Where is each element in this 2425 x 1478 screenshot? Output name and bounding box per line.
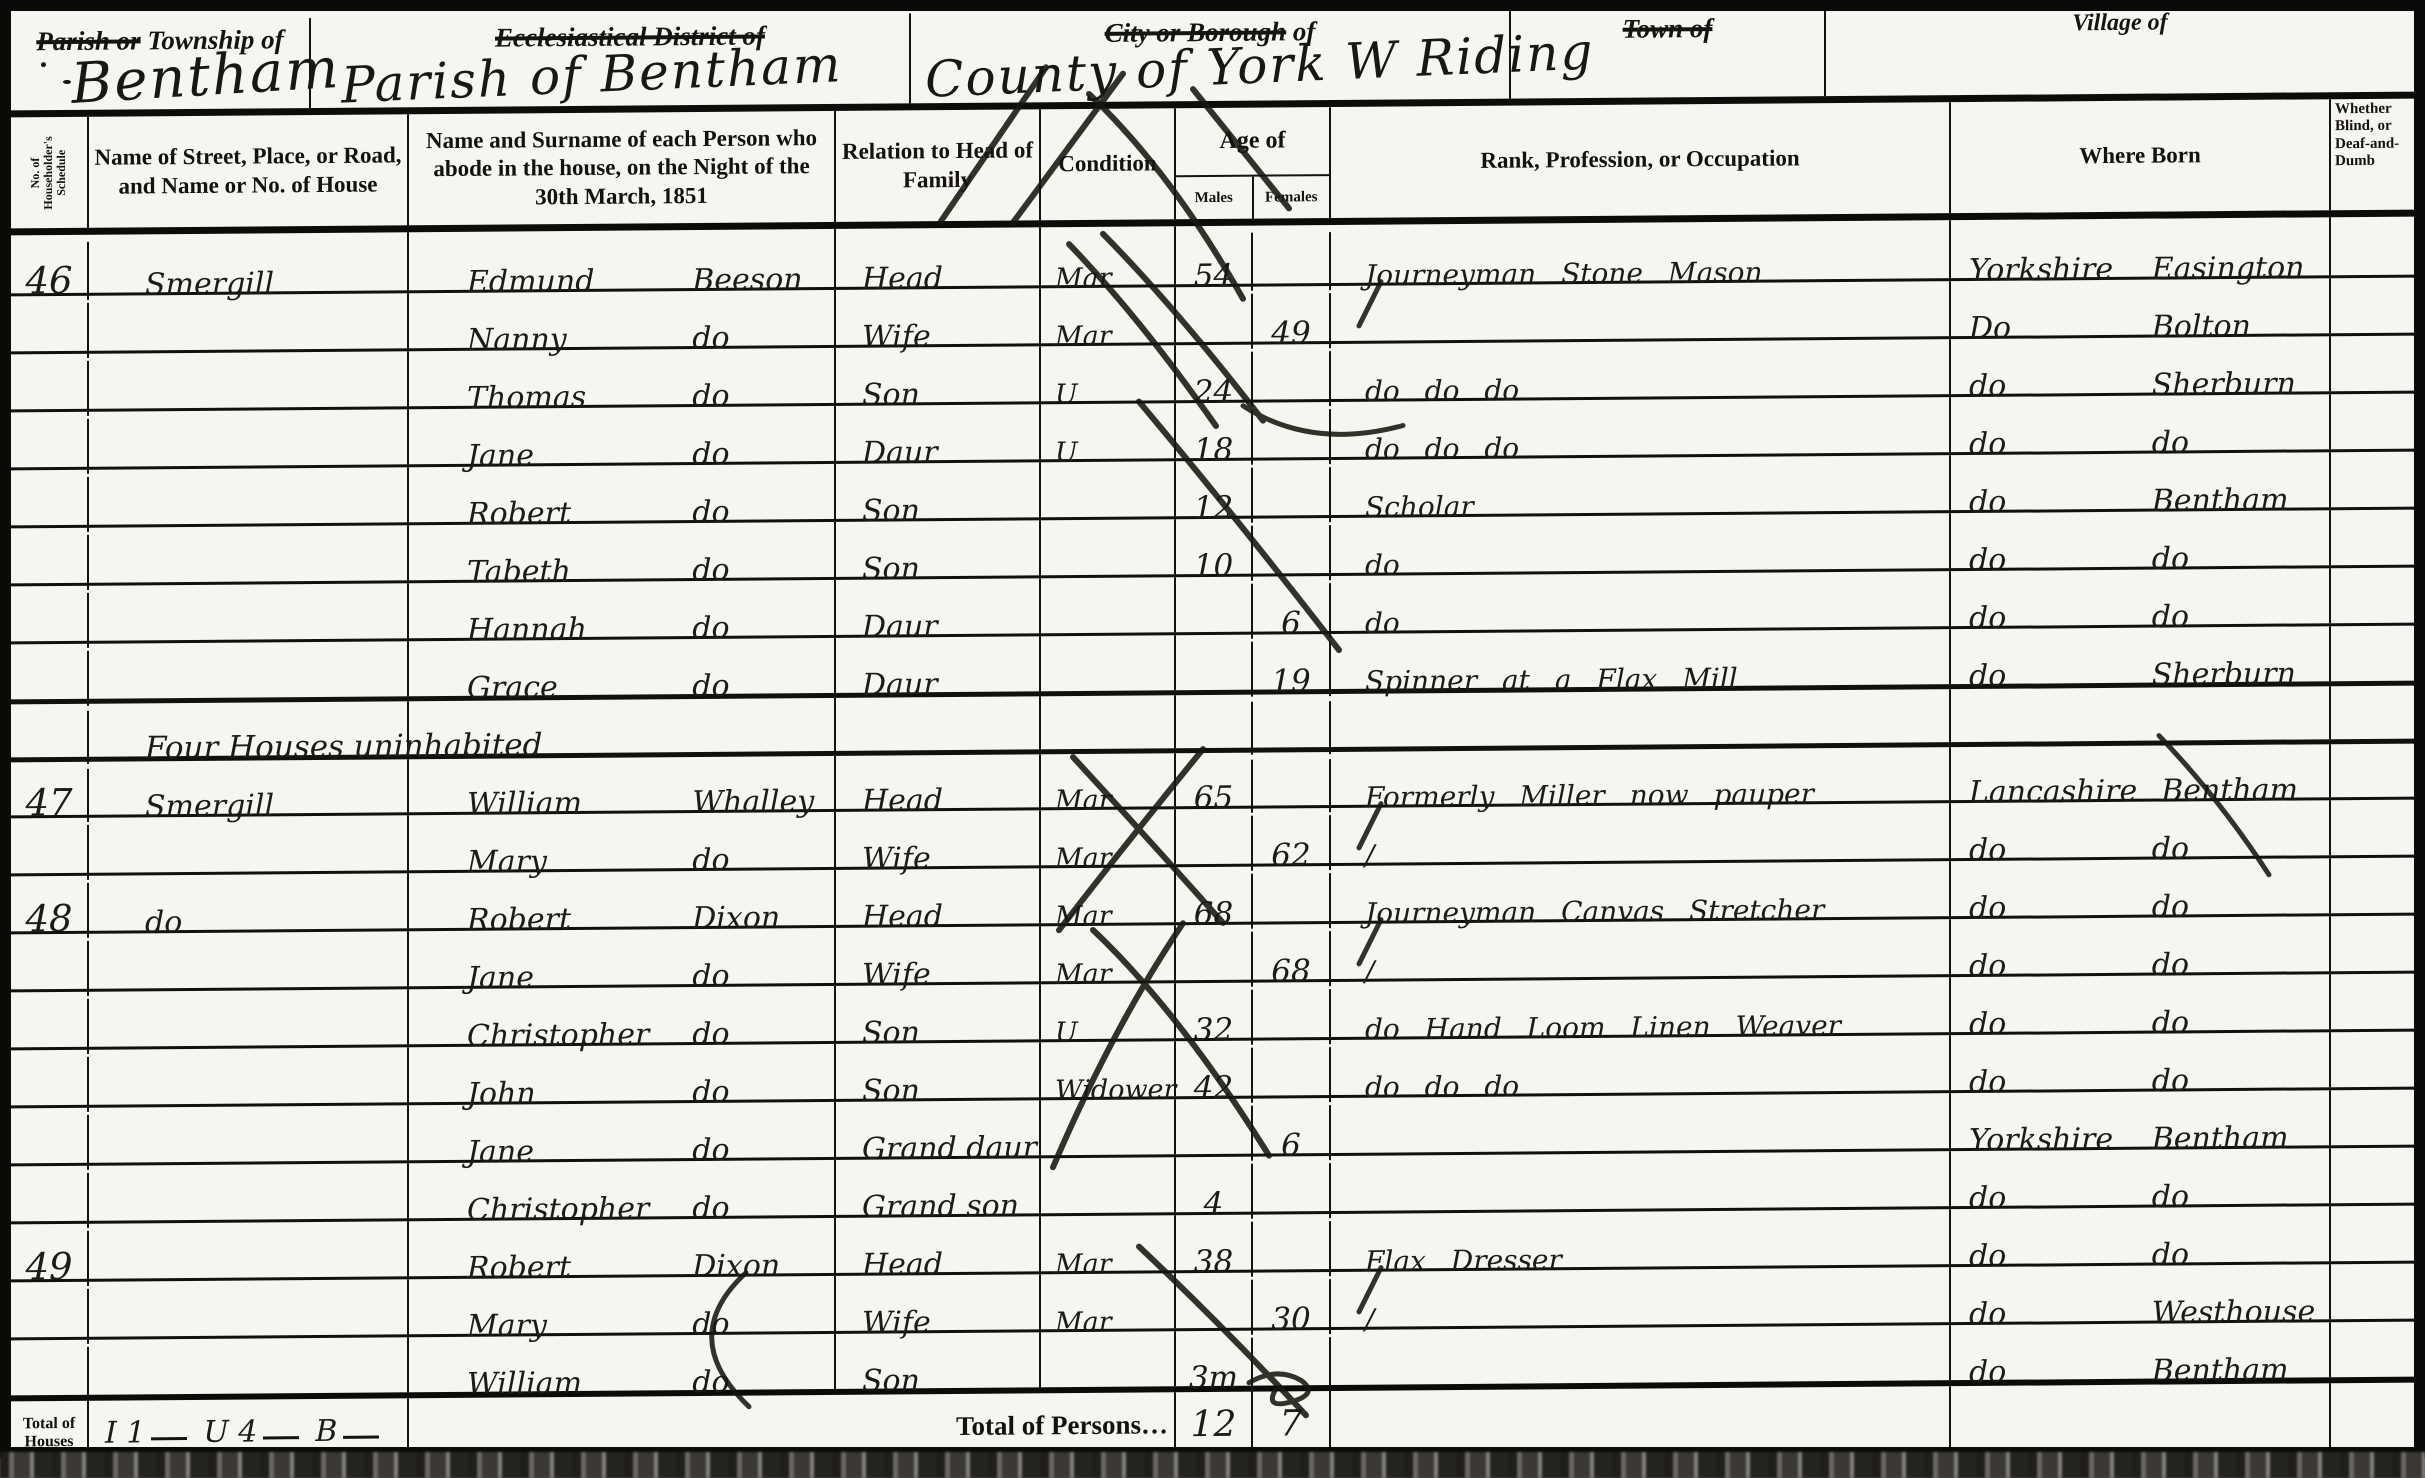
cell-schedule: 46	[11, 242, 89, 301]
census-sheet: Parish or Township of Bentham Ecclesiast…	[0, 0, 2425, 1458]
cell-blind	[2331, 1148, 2414, 1204]
header-occupation: Rank, Profession, or Occupation	[1331, 102, 1951, 218]
cell-age-male: 54	[1176, 233, 1253, 292]
header-born: Where Born	[1951, 99, 2331, 213]
cell-name: Jane do	[409, 406, 836, 464]
village-label: Village of	[1826, 8, 2414, 40]
cell-schedule	[11, 419, 89, 475]
cell-age-female	[1253, 989, 1331, 1045]
cell-schedule: 49	[11, 1231, 89, 1287]
cell-age-female	[1253, 525, 1331, 581]
town-label-struck: Town of	[1623, 13, 1713, 44]
cell-schedule	[11, 1289, 89, 1345]
cell-born: do do	[1951, 394, 2331, 452]
cell-name: Mary do	[409, 1276, 836, 1334]
cell-name: William Whalley	[409, 756, 836, 812]
cell-age-male: 24	[1176, 352, 1253, 408]
cell-blind	[2331, 858, 2414, 914]
cell-schedule	[11, 477, 89, 533]
uninhabited-note: Four Houses uninhabited	[89, 731, 542, 764]
cell-age-female	[1253, 1221, 1331, 1277]
cell-name: William do	[409, 1334, 836, 1392]
cell-relation: Son	[836, 1367, 920, 1396]
cell-born: do Sherburn	[1951, 626, 2331, 684]
cell-age-male: 32	[1176, 990, 1253, 1046]
cell-blind	[2331, 217, 2414, 276]
given-name: William	[409, 1369, 692, 1400]
houses-count-part: B	[315, 1413, 395, 1449]
total-persons-males: 12	[1176, 1392, 1253, 1457]
cell-born	[1951, 686, 2331, 742]
cell-name: Mary do	[409, 812, 836, 870]
cell-blind	[2331, 916, 2414, 972]
cell-age-male	[1176, 642, 1253, 698]
cell-age-male: 10	[1176, 526, 1253, 582]
cell-age-female	[1253, 467, 1331, 523]
surname: do	[692, 1367, 834, 1397]
total-houses-label: Total of Houses	[11, 1401, 89, 1458]
cell-age-male: 12	[1176, 468, 1253, 524]
cell-age-male	[1176, 584, 1253, 640]
cell-blind	[2331, 974, 2414, 1030]
cell-blind	[2331, 626, 2414, 682]
cell-schedule: 48	[11, 883, 89, 939]
cell-name: Jane do	[409, 928, 836, 986]
header-schedule: No. of Householder's Schedule	[11, 117, 89, 229]
born-place: Sherburn	[2128, 660, 2329, 690]
cell-name: Robert do	[409, 464, 836, 522]
cell-blind	[2331, 744, 2414, 798]
cell-relation: Daur	[836, 671, 938, 700]
cell-schedule	[11, 593, 89, 649]
surname: do	[692, 671, 834, 701]
cell-age-female	[1253, 701, 1331, 755]
cell-age-female	[1253, 873, 1331, 929]
cell-age-male: 68	[1176, 874, 1253, 930]
page-header-band: Parish or Township of Bentham Ecclesiast…	[11, 2, 2414, 118]
scan-speck	[41, 62, 46, 67]
header-age-of: Age of	[1176, 107, 1329, 177]
born-place: Bentham	[2128, 1356, 2329, 1386]
cell-name: John do	[409, 1044, 836, 1102]
cell-schedule	[11, 535, 89, 591]
cell-born: Do Bolton	[1951, 278, 2331, 336]
cell-age-female	[1253, 1047, 1331, 1103]
cell-age-female: 62	[1253, 815, 1331, 871]
scan-edge-noise	[0, 1452, 2425, 1478]
cell-born: do Westhouse	[1951, 1264, 2331, 1322]
cell-age-female: 6	[1253, 1105, 1331, 1161]
cell-born: do do	[1951, 916, 2331, 974]
cell-born: do do	[1951, 568, 2331, 626]
header-relation: Relation to Head of Family	[836, 109, 1041, 222]
cell-blind	[2331, 394, 2414, 450]
cell-age-female	[1253, 409, 1331, 465]
cell-blind	[2331, 686, 2414, 740]
cell-schedule	[11, 941, 89, 997]
cell-blind	[2331, 1090, 2414, 1146]
cell-blind	[2331, 800, 2414, 856]
cell-schedule	[11, 1347, 89, 1403]
cell-schedule	[11, 999, 89, 1055]
cell-age-male: 4	[1176, 1164, 1253, 1220]
cell-schedule	[11, 825, 89, 881]
cell-blind	[2331, 1322, 2414, 1378]
cell-blind	[2331, 510, 2414, 566]
header-schedule-text: No. of Householder's Schedule	[29, 136, 69, 210]
cell-blind	[2331, 1032, 2414, 1088]
cell-age-female: 6	[1253, 583, 1331, 639]
cell-name: Christopher do	[409, 1160, 836, 1218]
cell-blind	[2331, 278, 2414, 334]
cell-born: Yorkshire Easington	[1951, 217, 2331, 278]
cell-born: do do	[1951, 974, 2331, 1032]
cell-name: Hannah do	[409, 580, 836, 638]
header-age-females: Females	[1254, 176, 1330, 219]
cell-age-female: 49	[1253, 293, 1331, 349]
cell-schedule	[11, 711, 89, 765]
cell-name: Thomas do	[409, 348, 836, 406]
total-persons-label: Total of Persons…	[409, 1392, 1176, 1458]
cell-born: Lancashire Bentham	[1951, 744, 2331, 800]
cell-blind	[2331, 1206, 2414, 1262]
cell-age-male: 18	[1176, 410, 1253, 466]
cell-schedule	[11, 1057, 89, 1113]
totals-born-cell	[1951, 1383, 2331, 1450]
cell-age-male	[1176, 1106, 1253, 1162]
total-houses-value: I 1U 4B	[89, 1398, 409, 1458]
cell-name: Christopher do	[409, 986, 836, 1044]
table-header-row: No. of Householder's Schedule Name of St…	[11, 99, 2414, 236]
ecclesiastical-section: Ecclesiastical District of Parish of Ben…	[311, 13, 911, 108]
cell-name: Edmund Beeson	[409, 229, 836, 290]
cell-blind	[2331, 336, 2414, 392]
cell-schedule	[11, 361, 89, 417]
cell-born: do Sherburn	[1951, 336, 2331, 394]
cell-born: do do	[1951, 800, 2331, 858]
cell-blind	[2331, 1264, 2414, 1320]
cell-age-female: 68	[1253, 931, 1331, 987]
cell-born: do do	[1951, 1148, 2331, 1206]
cell-born: do Bentham	[1951, 1322, 2331, 1380]
cell-age-male	[1176, 1280, 1253, 1336]
cell-age-male	[1176, 702, 1253, 756]
cell-born: do do	[1951, 1206, 2331, 1264]
cell-born: do do	[1951, 1032, 2331, 1090]
cell-name: Robert Dixon	[409, 870, 836, 928]
cell-age-male: 3m	[1176, 1338, 1253, 1394]
header-blind: Whether Blind, or Deaf-and-Dumb	[2331, 99, 2414, 211]
houses-count-part: U 4	[203, 1414, 315, 1450]
header-street: Name of Street, Place, or Road, and Name…	[89, 114, 409, 228]
cell-age-female	[1253, 1163, 1331, 1219]
cell-schedule	[11, 303, 89, 359]
borough-section: City or Borough of County of York W Ridi…	[911, 9, 1511, 104]
cell-blind	[2331, 568, 2414, 624]
cell-age-male	[1176, 932, 1253, 988]
cell-blind	[2331, 452, 2414, 508]
cell-name: Robert Dixon	[409, 1218, 836, 1276]
cell-age-male	[1176, 294, 1253, 350]
houses-count-part: I 1	[105, 1414, 203, 1450]
cell-schedule: 47	[11, 769, 89, 823]
cell-age-female: 19	[1253, 641, 1331, 697]
cell-age-female	[1253, 232, 1331, 291]
cell-age-female	[1253, 351, 1331, 407]
village-section: Village of	[1826, 2, 2414, 97]
township-section: Parish or Township of Bentham	[11, 18, 311, 110]
totals-occupation-cell	[1331, 1386, 1951, 1455]
scan-speck	[63, 80, 71, 84]
header-age-males: Males	[1176, 177, 1254, 220]
born-county: do	[1951, 1357, 2128, 1387]
cell-age-female: 30	[1253, 1279, 1331, 1335]
cell-age-female	[1253, 1337, 1331, 1393]
cell-age-male: 42	[1176, 1048, 1253, 1104]
cell-name: Jane do	[409, 1102, 836, 1160]
cell-born: do do	[1951, 510, 2331, 568]
cell-schedule	[11, 1115, 89, 1171]
cell-age-female	[1253, 759, 1331, 813]
township-value-handwritten: Bentham	[70, 41, 342, 113]
header-age: Age of Males Females	[1176, 107, 1331, 219]
cell-name: Tabeth do	[409, 522, 836, 580]
totals-blind-cell	[2331, 1383, 2414, 1448]
cell-born: do Bentham	[1951, 452, 2331, 510]
table-body: 46 Smergill Edmund Beeson Head Mar 54 Jo…	[11, 217, 2414, 1396]
cell-name: Grace do	[409, 638, 836, 696]
cell-schedule	[11, 1173, 89, 1229]
header-name: Name and Surname of each Person who abod…	[409, 111, 836, 225]
header-condition: Condition	[1041, 108, 1176, 220]
born-county: do	[1951, 661, 2128, 691]
cell-age-male: 38	[1176, 1222, 1253, 1278]
cell-born: do do	[1951, 858, 2331, 916]
cell-age-male: 65	[1176, 760, 1253, 814]
census-scan-page: Parish or Township of Bentham Ecclesiast…	[0, 0, 2425, 1478]
cell-schedule	[11, 651, 89, 707]
cell-age-male	[1176, 816, 1253, 872]
cell-born: Yorkshire Bentham	[1951, 1090, 2331, 1148]
total-persons-females: 7	[1253, 1391, 1331, 1456]
cell-name: Nanny do	[409, 290, 836, 348]
